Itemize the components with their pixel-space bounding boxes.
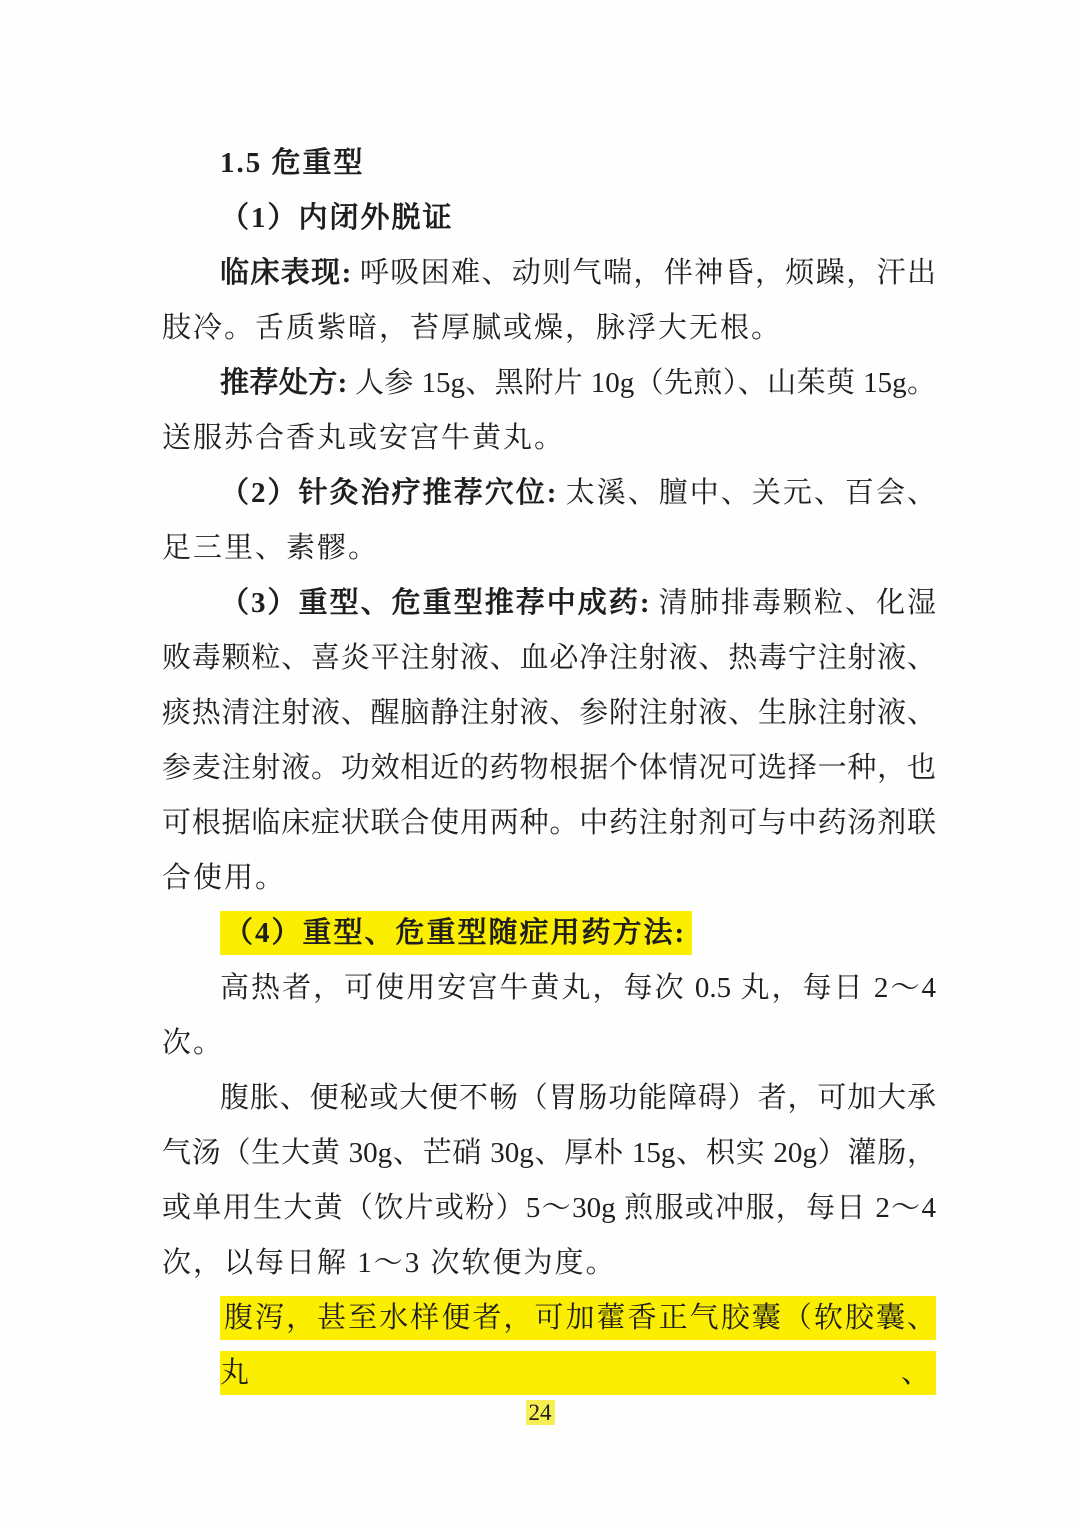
- body-text: 腹泻，甚至水样便者，可加藿香正气胶囊（软胶囊、丸、: [220, 1302, 936, 1389]
- highlight-marker: （4）重型、危重型随症用药方法:: [220, 911, 692, 955]
- body-text: 或单用生大黄（饮片或粉）5～30g 煎服或冲服，每日 2～4: [162, 1192, 936, 1224]
- highlighted-heading: （4）重型、危重型随症用药方法:: [162, 906, 936, 961]
- body-text: 送服苏合香丸或安宫牛黄丸。: [162, 422, 565, 454]
- document-page: 1.5 危重型（1）内闭外脱证临床表现: 呼吸困难、动则气喘，伴神昏，烦躁，汗出…: [0, 0, 1080, 1527]
- text-block: 1.5 危重型（1）内闭外脱证临床表现: 呼吸困难、动则气喘，伴神昏，烦躁，汗出…: [162, 136, 936, 1346]
- paragraph-line: 痰热清注射液、醒脑静注射液、参附注射液、生脉注射液、: [162, 686, 936, 741]
- body-text: 次。: [162, 1027, 224, 1059]
- highlight-marker: 腹泻，甚至水样便者，可加藿香正气胶囊（软胶囊、丸、: [220, 1296, 936, 1395]
- bold-text: （2）针灸治疗推荐穴位:: [220, 477, 566, 509]
- bold-text: 推荐处方:: [220, 367, 355, 399]
- paragraph-line: 临床表现: 呼吸困难、动则气喘，伴神昏，烦躁，汗出: [162, 246, 936, 301]
- paragraph-line: 次，以每日解 1～3 次软便为度。: [162, 1236, 936, 1291]
- body-text: 人参 15g、黑附片 10g（先煎）、山茱萸 15g。: [355, 367, 936, 399]
- paragraph-line: 或单用生大黄（饮片或粉）5～30g 煎服或冲服，每日 2～4: [162, 1181, 936, 1236]
- paragraph-line: 足三里、素髎。: [162, 521, 936, 576]
- paragraph-line: 腹胀、便秘或大便不畅（胃肠功能障碍）者，可加大承: [162, 1071, 936, 1126]
- body-text: 太溪、膻中、关元、百会、: [566, 477, 936, 509]
- bold-text: 临床表现:: [220, 257, 360, 289]
- body-text: 痰热清注射液、醒脑静注射液、参附注射液、生脉注射液、: [162, 697, 936, 729]
- bold-text: （3）重型、危重型推荐中成药:: [220, 587, 659, 619]
- body-text: 足三里、素髎。: [162, 532, 379, 564]
- body-text: 清肺排毒颗粒、化湿: [659, 587, 936, 619]
- bold-text: （4）重型、危重型随症用药方法:: [224, 917, 686, 949]
- paragraph-line: （3）重型、危重型推荐中成药: 清肺排毒颗粒、化湿: [162, 576, 936, 631]
- paragraph-line: 合使用。: [162, 851, 936, 906]
- page-footer: 24: [0, 1400, 1080, 1426]
- paragraph-line: 败毒颗粒、喜炎平注射液、血必净注射液、热毒宁注射液、: [162, 631, 936, 686]
- paragraph-line: 推荐处方: 人参 15g、黑附片 10g（先煎）、山茱萸 15g。: [162, 356, 936, 411]
- highlighted-paragraph-line: 腹泻，甚至水样便者，可加藿香正气胶囊（软胶囊、丸、: [162, 1291, 936, 1346]
- body-text: 气汤（生大黄 30g、芒硝 30g、厚朴 15g、枳实 20g）灌肠，: [162, 1137, 936, 1169]
- section-heading: 1.5 危重型: [162, 136, 936, 191]
- paragraph-line: 次。: [162, 1016, 936, 1071]
- body-text: 腹胀、便秘或大便不畅（胃肠功能障碍）者，可加大承: [220, 1082, 936, 1114]
- bold-text: 1.5 危重型: [220, 147, 365, 179]
- body-text: 参麦注射液。功效相近的药物根据个体情况可选择一种，也: [162, 752, 936, 784]
- body-text: 合使用。: [162, 862, 286, 894]
- body-text: 可根据临床症状联合使用两种。中药注射剂可与中药汤剂联: [162, 807, 936, 839]
- body-text: 次，以每日解 1～3 次软便为度。: [162, 1247, 617, 1279]
- paragraph-line: （2）针灸治疗推荐穴位: 太溪、膻中、关元、百会、: [162, 466, 936, 521]
- body-text: 肢冷。舌质紫暗，苔厚腻或燥，脉浮大无根。: [162, 312, 782, 344]
- body-text: 呼吸困难、动则气喘，伴神昏，烦躁，汗出: [360, 257, 936, 289]
- bold-text: （1）内闭外脱证: [220, 202, 454, 234]
- paragraph-line: 高热者，可使用安宫牛黄丸，每次 0.5 丸，每日 2～4: [162, 961, 936, 1016]
- subsection-heading: （1）内闭外脱证: [162, 191, 936, 246]
- body-text: 高热者，可使用安宫牛黄丸，每次 0.5 丸，每日 2～4: [220, 972, 936, 1004]
- paragraph-line: 肢冷。舌质紫暗，苔厚腻或燥，脉浮大无根。: [162, 301, 936, 356]
- paragraph-line: 参麦注射液。功效相近的药物根据个体情况可选择一种，也: [162, 741, 936, 796]
- paragraph-line: 气汤（生大黄 30g、芒硝 30g、厚朴 15g、枳实 20g）灌肠，: [162, 1126, 936, 1181]
- body-text: 败毒颗粒、喜炎平注射液、血必净注射液、热毒宁注射液、: [162, 642, 936, 674]
- paragraph-line: 可根据临床症状联合使用两种。中药注射剂可与中药汤剂联: [162, 796, 936, 851]
- paragraph-line: 送服苏合香丸或安宫牛黄丸。: [162, 411, 936, 466]
- page-number: 24: [526, 1400, 555, 1425]
